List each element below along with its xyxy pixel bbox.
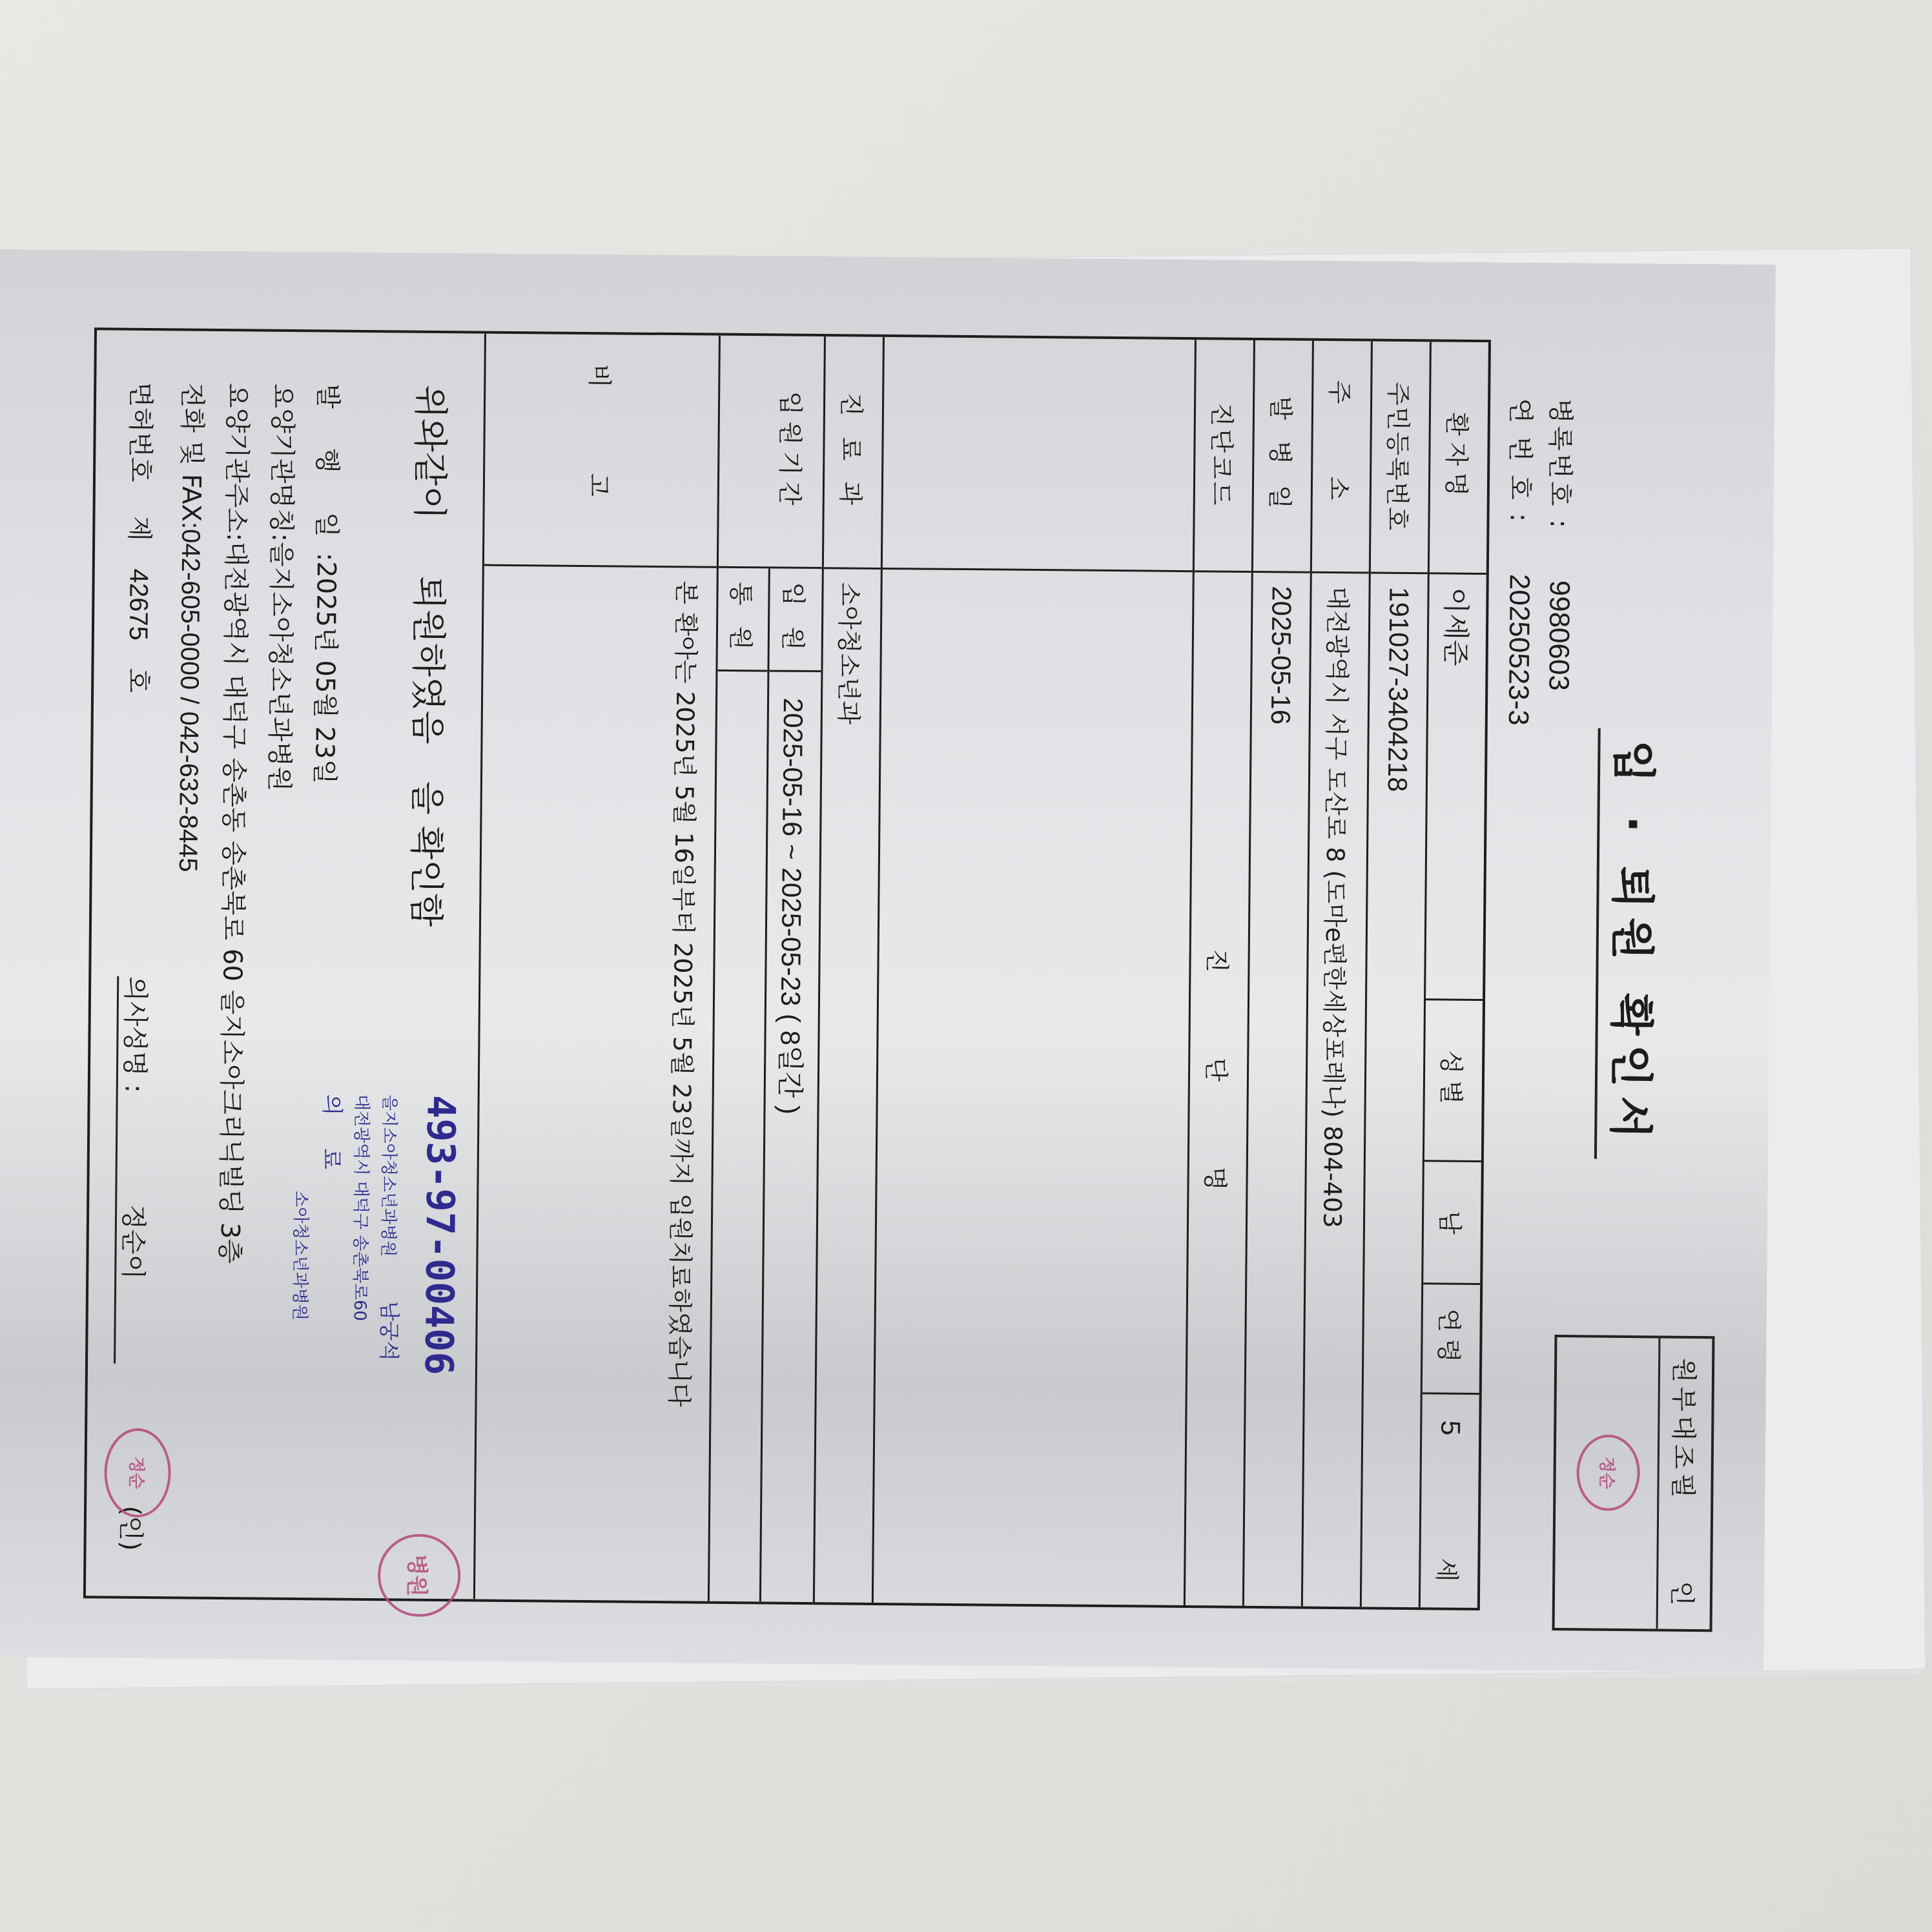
diag-code-value xyxy=(883,337,1195,572)
table-row: 주 소 대전광역시 서구 도산로 8 (도마e편한세상포레나) 804-403 xyxy=(1301,341,1371,1607)
outpatient-label: 통 원 xyxy=(717,568,768,672)
facility-address: 요양기관주소:대전광역시 대덕구 송촌동 송촌북로 60 을지소아크리닉빌딩 3… xyxy=(213,383,258,1264)
diag-code-label: 진단코드 xyxy=(1195,340,1253,573)
table-row: 주민등록번호 191027-3404218 xyxy=(1360,342,1430,1608)
seal-box-label: 원부대조필 xyxy=(1667,1358,1705,1503)
remarks-label: 비 고 xyxy=(484,334,719,568)
age-label: 연령 xyxy=(1423,1284,1480,1395)
doctor-seal: 정순 xyxy=(104,1428,171,1517)
sex-value: 남 xyxy=(1423,1162,1481,1285)
dept-value: 소아청소년과 xyxy=(815,569,881,1603)
certification-area: 위와같이 퇴원하였음 을 확인함 493-97-00406 을지소아청소년과병원… xyxy=(86,330,484,1599)
facility-name: 요양기관명칭:을지소아청소년과병원 xyxy=(263,384,303,792)
issue-date: 발 행 일:2025년 05월 23일 xyxy=(308,384,348,784)
admission-discharge-certificate: 입 · 퇴원 확인서 원부대조필 인 정순 병록번호 : 9980603 연 번… xyxy=(0,249,1776,1672)
period-label: 입원기간 xyxy=(719,336,824,569)
hospital-stamp: 을지소아청소년과병원 남궁석 대전광역시 대덕구 송촌북로60 의 료 소아청소… xyxy=(286,1094,406,1361)
hospital-seal: 병원 xyxy=(378,1534,461,1617)
remarks-text: 본 환아는 2025년 5월 16일부터 2025년 5월 23일까지 입원치료… xyxy=(475,566,717,1601)
document-title: 입 · 퇴원 확인서 xyxy=(1594,728,1669,1160)
onset-label: 발 병 일 xyxy=(1253,340,1312,573)
inpatient-label: 입 원 xyxy=(769,568,821,672)
serial-number: 연 번 호 : 20250523-3 xyxy=(1501,398,1541,726)
table-row: 입원기간 입 원 2025-05-16 ~ 2025-05-23 ( 8일간 )… xyxy=(708,336,824,1602)
resident-no: 191027-3404218 xyxy=(1362,574,1428,1608)
diag-name-value xyxy=(874,570,1193,1605)
diag-name-label: 진 단 명 xyxy=(1186,572,1251,1606)
sex-label: 성별 xyxy=(1424,1000,1483,1162)
patient-name-label: 환자명 xyxy=(1430,342,1488,575)
inpatient-period: 2025-05-16 ~ 2025-05-23 ( 8일간 ) xyxy=(761,672,821,1602)
phone-fax: 전화 및 FAX:042-605-0000 / 042-632-8445 xyxy=(172,382,213,872)
table-row xyxy=(872,337,1195,1605)
info-table: 환자명 이세준 성별 남 연령 5 세 주민등록번호 191027-340421… xyxy=(83,327,1491,1610)
statement: 위와같이 퇴원하였음 을 확인함 xyxy=(404,385,458,927)
outpatient-period xyxy=(710,672,768,1602)
address: 대전광역시 서구 도산로 8 (도마e편한세상포레나) 804-403 xyxy=(1303,573,1369,1607)
table-row: 진단코드 진 단 명 xyxy=(1184,340,1253,1606)
age-unit: 세 xyxy=(1432,1558,1467,1582)
address-label: 주 소 xyxy=(1312,341,1371,574)
business-number-stamp: 493-97-00406 xyxy=(416,1095,464,1375)
age-value: 5 xyxy=(1435,1420,1466,1435)
verification-stamp: 정순 xyxy=(1576,1434,1640,1511)
doctor-name: 의사성명 : 정순이 xyxy=(114,976,156,1364)
table-row: 비 고 본 환아는 2025년 5월 16일부터 2025년 5월 23일까지 … xyxy=(473,334,719,1601)
dept-label: 진 료 과 xyxy=(824,336,883,570)
table-row: 환자명 이세준 성별 남 연령 5 세 xyxy=(1419,342,1488,1608)
seal-box-suffix: 인 xyxy=(1665,1581,1702,1610)
patient-name: 이세준 xyxy=(1426,574,1486,1001)
resident-no-label: 주민등록번호 xyxy=(1371,342,1430,575)
verification-seal-box: 원부대조필 인 정순 xyxy=(1552,1335,1715,1632)
record-number: 병록번호 : 9980603 xyxy=(1541,398,1581,691)
license-number: 면허번호 제 42675 호 xyxy=(121,382,161,694)
onset-date: 2025-05-16 xyxy=(1244,573,1310,1607)
table-row: 진 료 과 소아청소년과 xyxy=(813,336,883,1603)
table-row: 발 병 일 2025-05-16 xyxy=(1242,340,1312,1607)
